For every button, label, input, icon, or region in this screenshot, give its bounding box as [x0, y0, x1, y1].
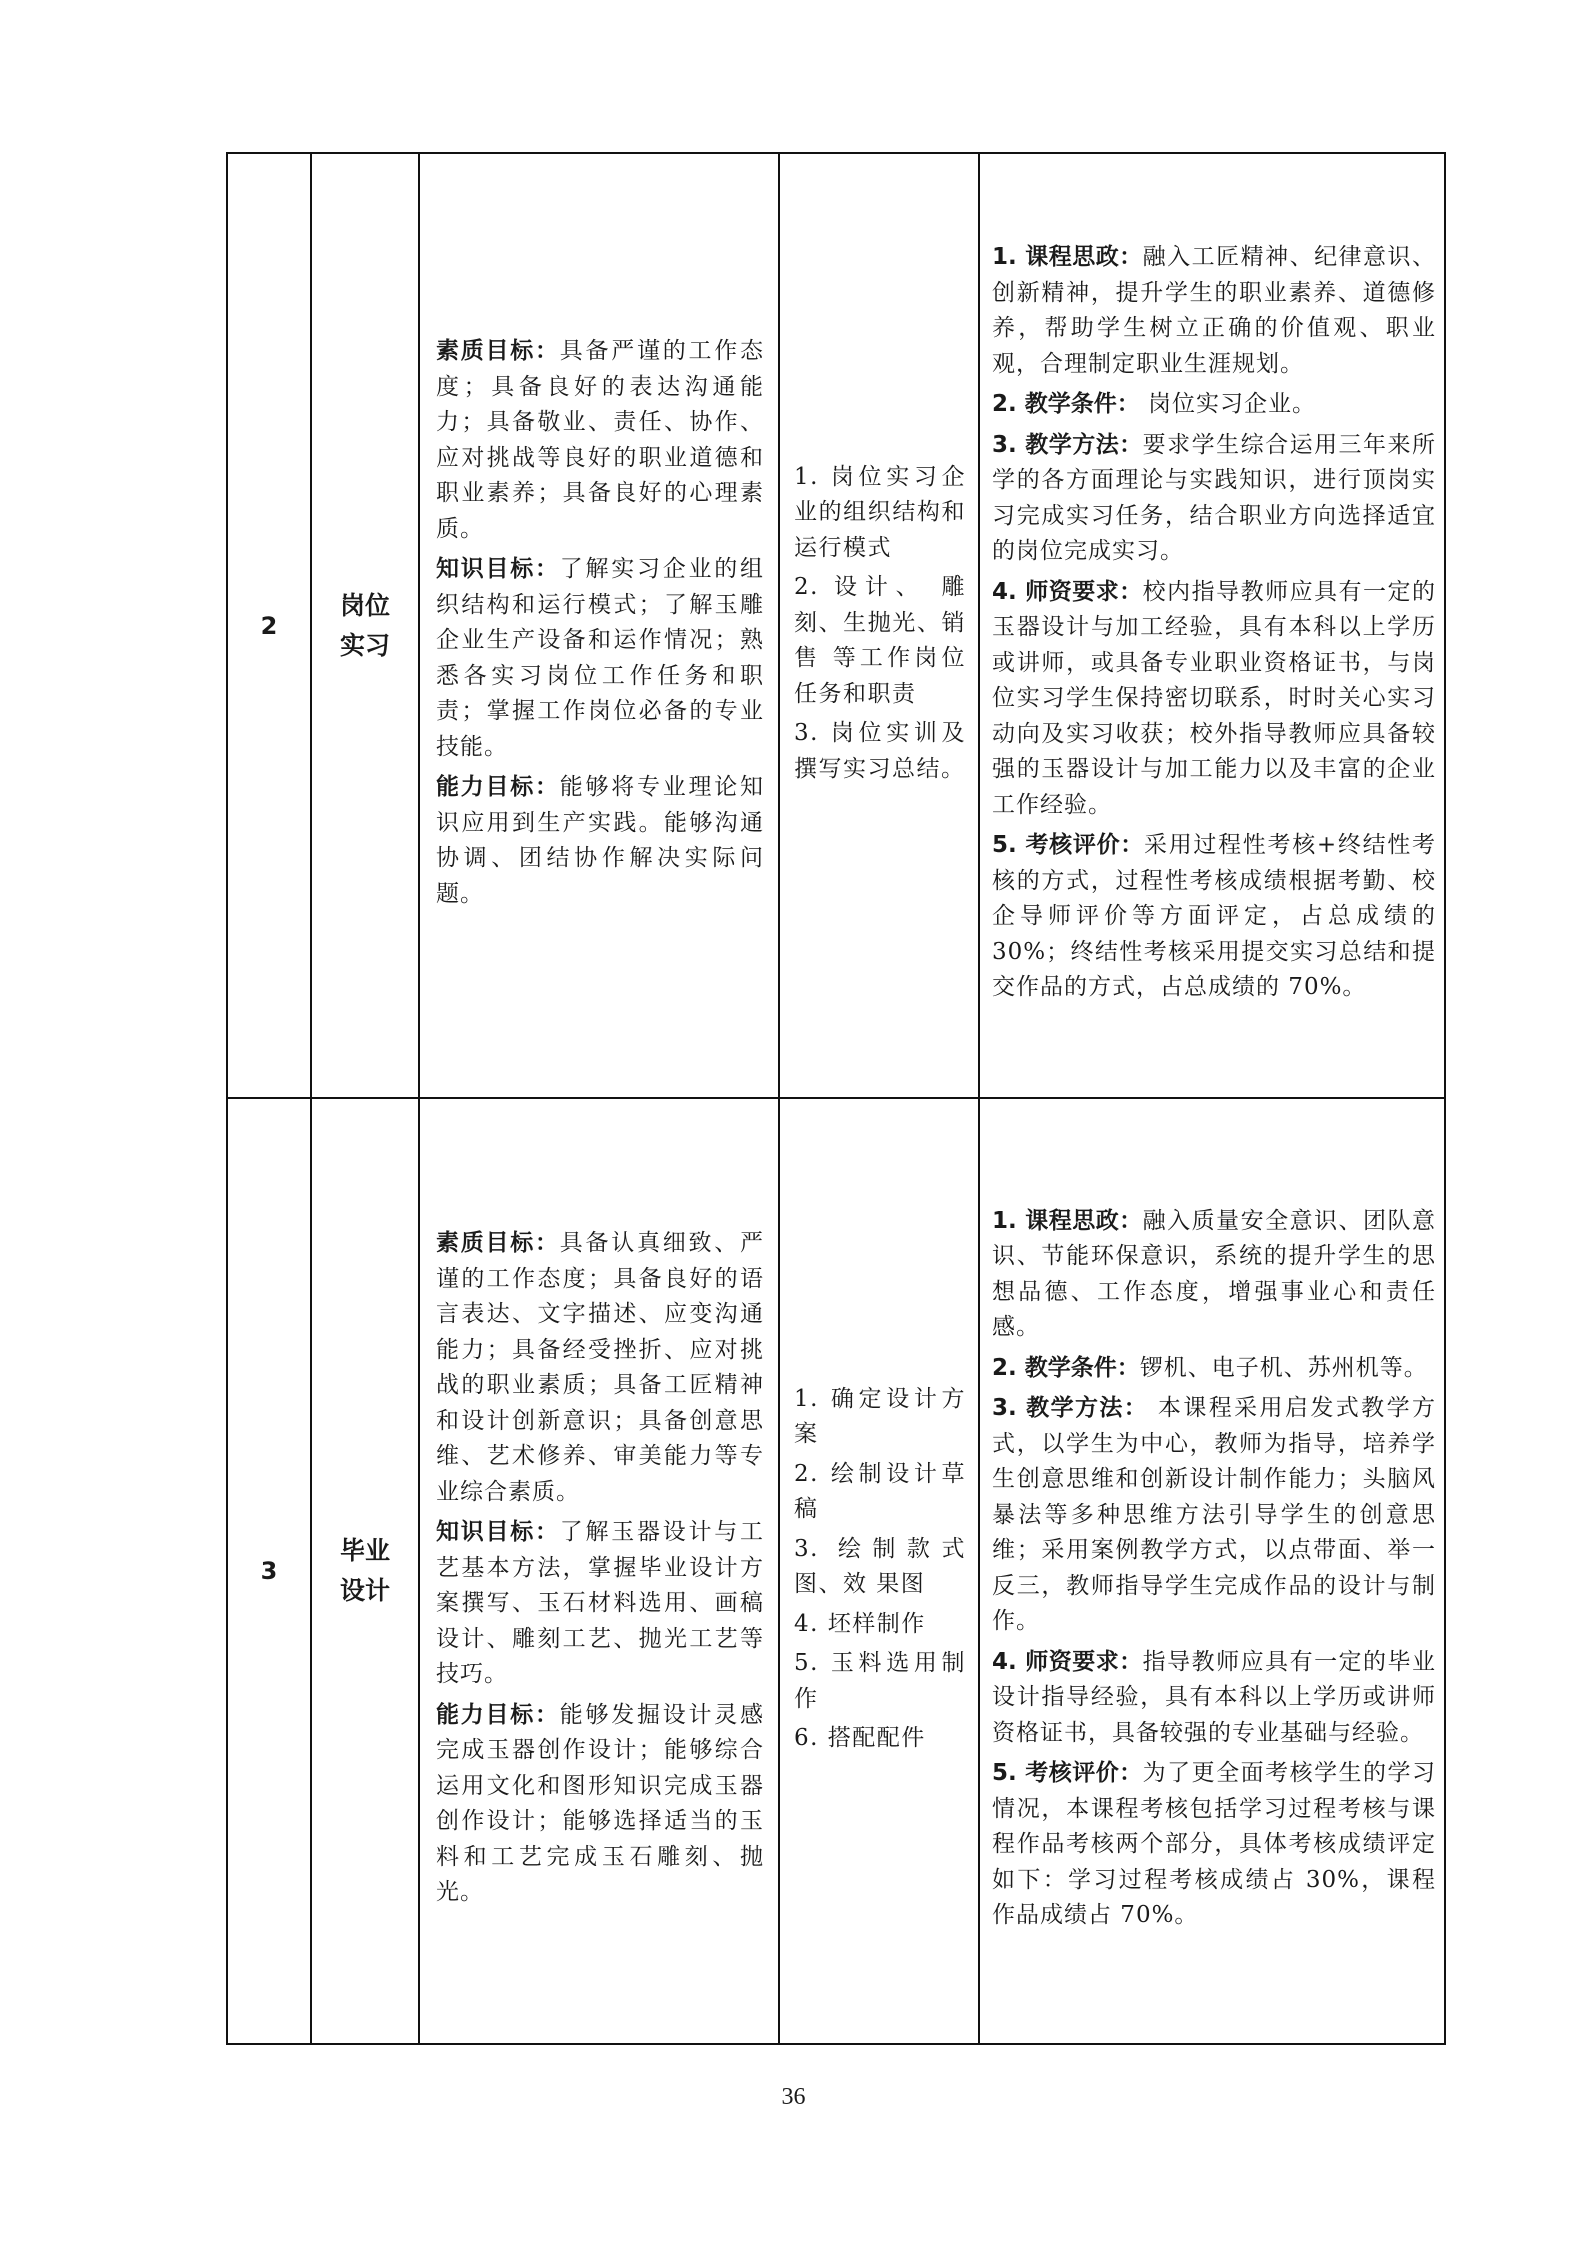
course-name: 毕业 设计: [311, 1098, 419, 2044]
goal-label: 知识目标：: [436, 556, 560, 582]
teaching-requirements: 1. 课程思政：融入质量安全意识、团队意识、节能环保意识，系统的提升学生的思 想…: [979, 1098, 1445, 2044]
req-assessment: 5. 考核评价：采用过程性考核+终结性考核的方式，过程性考核成绩根据考勤、校企导…: [992, 828, 1436, 1006]
req-methods: 3. 教学方法：要求学生综合运用三年来所学的各方面理论与实践知识，进行顶岗实习完…: [992, 428, 1436, 570]
req-label: 3. 教学方法：: [992, 1395, 1148, 1421]
goal-ability: 能力目标：能够将专业理论知识应用到生产实践。能够沟通协调、团结协作解决实际问题。: [436, 770, 764, 912]
goal-quality: 素质目标：具备认真细致、严谨的工作态度；具备良好的语言表达、文字描述、应变沟通能…: [436, 1226, 764, 1510]
content-item: 2. 绘制设计草稿: [794, 1457, 966, 1528]
req-assessment: 5. 考核评价：为了更全面考核学生的学习情况，本课程考核包括学习过程考核与课程作…: [992, 1756, 1436, 1934]
row-number-text: 2: [261, 612, 278, 640]
course-name-line: 毕业: [312, 1531, 418, 1571]
teaching-requirements: 1. 课程思政：融入工匠精神、纪律意识、创新精神，提升学生的职业素养、道德修养，…: [979, 153, 1445, 1098]
course-name-line: 实习: [312, 626, 418, 666]
goal-label: 能力目标：: [436, 774, 560, 800]
row-number: 2: [227, 153, 311, 1098]
course-goals: 素质目标：具备严谨的工作态度；具备良好的表达沟通能力；具备敬业、责任、协作、应对…: [419, 153, 779, 1098]
req-methods: 3. 教学方法： 本课程采用启发式教学方式，以学生为中心，教师为指导，培养学生创…: [992, 1391, 1436, 1640]
content-item: 4. 坯样制作: [794, 1607, 966, 1643]
content-item: 1. 岗位实习企业的组织结构和运行模式: [794, 460, 966, 567]
req-text: 校内指导教师应具有一定的玉器设计与加工经验，具有本科以上学历或讲师，或具备专业职…: [992, 579, 1436, 818]
content-item: 3. 绘制款式图、效 果图: [794, 1532, 966, 1603]
goal-knowledge: 知识目标：了解玉器设计与工艺基本方法，掌握毕业设计方案撰写、玉石材料选用、画稿设…: [436, 1515, 764, 1693]
table-row-graduation-design: 3 毕业 设计 素质目标：具备认真细致、严谨的工作态度；具备良好的语言表达、文字…: [227, 1098, 1445, 2044]
page-number: 36: [0, 2084, 1587, 2111]
content-item: 2. 设计、 雕刻、生抛光、销售 等工作岗位任务和职责: [794, 570, 966, 712]
content-item: 3. 岗位实训及撰写实习总结。: [794, 716, 966, 787]
goal-text: 具备认真细致、严谨的工作态度；具备良好的语言表达、文字描述、应变沟通能力；具备经…: [436, 1230, 764, 1505]
req-label: 2. 教学条件：: [992, 391, 1140, 417]
req-conditions: 2. 教学条件： 岗位实习企业。: [992, 387, 1436, 423]
table-row-internship: 2 岗位 实习 素质目标：具备严谨的工作态度；具备良好的表达沟通能力；具备敬业、…: [227, 153, 1445, 1098]
req-label: 1. 课程思政：: [992, 1208, 1143, 1234]
course-content: 1. 岗位实习企业的组织结构和运行模式 2. 设计、 雕刻、生抛光、销售 等工作…: [779, 153, 979, 1098]
req-text: 岗位实习企业。: [1140, 391, 1316, 417]
goal-label: 素质目标：: [436, 1230, 560, 1256]
req-label: 3. 教学方法：: [992, 432, 1143, 458]
req-ideology: 1. 课程思政：融入工匠精神、纪律意识、创新精神，提升学生的职业素养、道德修养，…: [992, 240, 1436, 382]
course-name-line: 设计: [312, 1571, 418, 1611]
goal-text: 具备严谨的工作态度；具备良好的表达沟通能力；具备敬业、责任、协作、应对挑战等良好…: [436, 338, 764, 542]
req-conditions: 2. 教学条件：锣机、电子机、苏州机等。: [992, 1351, 1436, 1387]
req-label: 4. 师资要求：: [992, 1649, 1143, 1675]
content-item: 1. 确定设计方案: [794, 1382, 966, 1453]
goal-text: 能够发掘设计灵感完成玉器创作设计；能够综合运用文化和图形知识完成玉器创作设计；能…: [436, 1702, 764, 1906]
course-name: 岗位 实习: [311, 153, 419, 1098]
goal-text: 了解实习企业的组织结构和运行模式；了解玉雕企业生产设备和运作情况；熟悉各实习岗位…: [436, 556, 764, 760]
row-number: 3: [227, 1098, 311, 2044]
req-faculty: 4. 师资要求：指导教师应具有一定的毕业设计指导经验，具有本科以上学历或讲师 资…: [992, 1645, 1436, 1752]
course-table: 2 岗位 实习 素质目标：具备严谨的工作态度；具备良好的表达沟通能力；具备敬业、…: [226, 152, 1446, 2045]
req-label: 1. 课程思政：: [992, 244, 1143, 270]
req-label: 2. 教学条件：: [992, 1355, 1140, 1381]
content-item: 6. 搭配配件: [794, 1721, 966, 1757]
goal-knowledge: 知识目标：了解实习企业的组织结构和运行模式；了解玉雕企业生产设备和运作情况；熟悉…: [436, 552, 764, 765]
goal-ability: 能力目标：能够发掘设计灵感完成玉器创作设计；能够综合运用文化和图形知识完成玉器创…: [436, 1698, 764, 1911]
req-ideology: 1. 课程思政：融入质量安全意识、团队意识、节能环保意识，系统的提升学生的思 想…: [992, 1204, 1436, 1346]
req-label: 4. 师资要求：: [992, 579, 1143, 605]
goal-label: 能力目标：: [436, 1702, 560, 1728]
goal-label: 知识目标：: [436, 1519, 560, 1545]
req-label: 5. 考核评价：: [992, 832, 1144, 858]
content-item: 5. 玉料选用制作: [794, 1646, 966, 1717]
goal-label: 素质目标：: [436, 338, 560, 364]
req-label: 5. 考核评价：: [992, 1760, 1143, 1786]
goal-quality: 素质目标：具备严谨的工作态度；具备良好的表达沟通能力；具备敬业、责任、协作、应对…: [436, 334, 764, 547]
course-name-line: 岗位: [312, 586, 418, 626]
course-goals: 素质目标：具备认真细致、严谨的工作态度；具备良好的语言表达、文字描述、应变沟通能…: [419, 1098, 779, 2044]
req-text: 锣机、电子机、苏州机等。: [1140, 1355, 1428, 1381]
req-faculty: 4. 师资要求：校内指导教师应具有一定的玉器设计与加工经验，具有本科以上学历或讲…: [992, 575, 1436, 824]
course-content: 1. 确定设计方案 2. 绘制设计草稿 3. 绘制款式图、效 果图 4. 坯样制…: [779, 1098, 979, 2044]
row-number-text: 3: [261, 1557, 278, 1585]
req-text: 本课程采用启发式教学方式，以学生为中心，教师为指导，培养学生创意思维和创新设计制…: [992, 1395, 1436, 1634]
